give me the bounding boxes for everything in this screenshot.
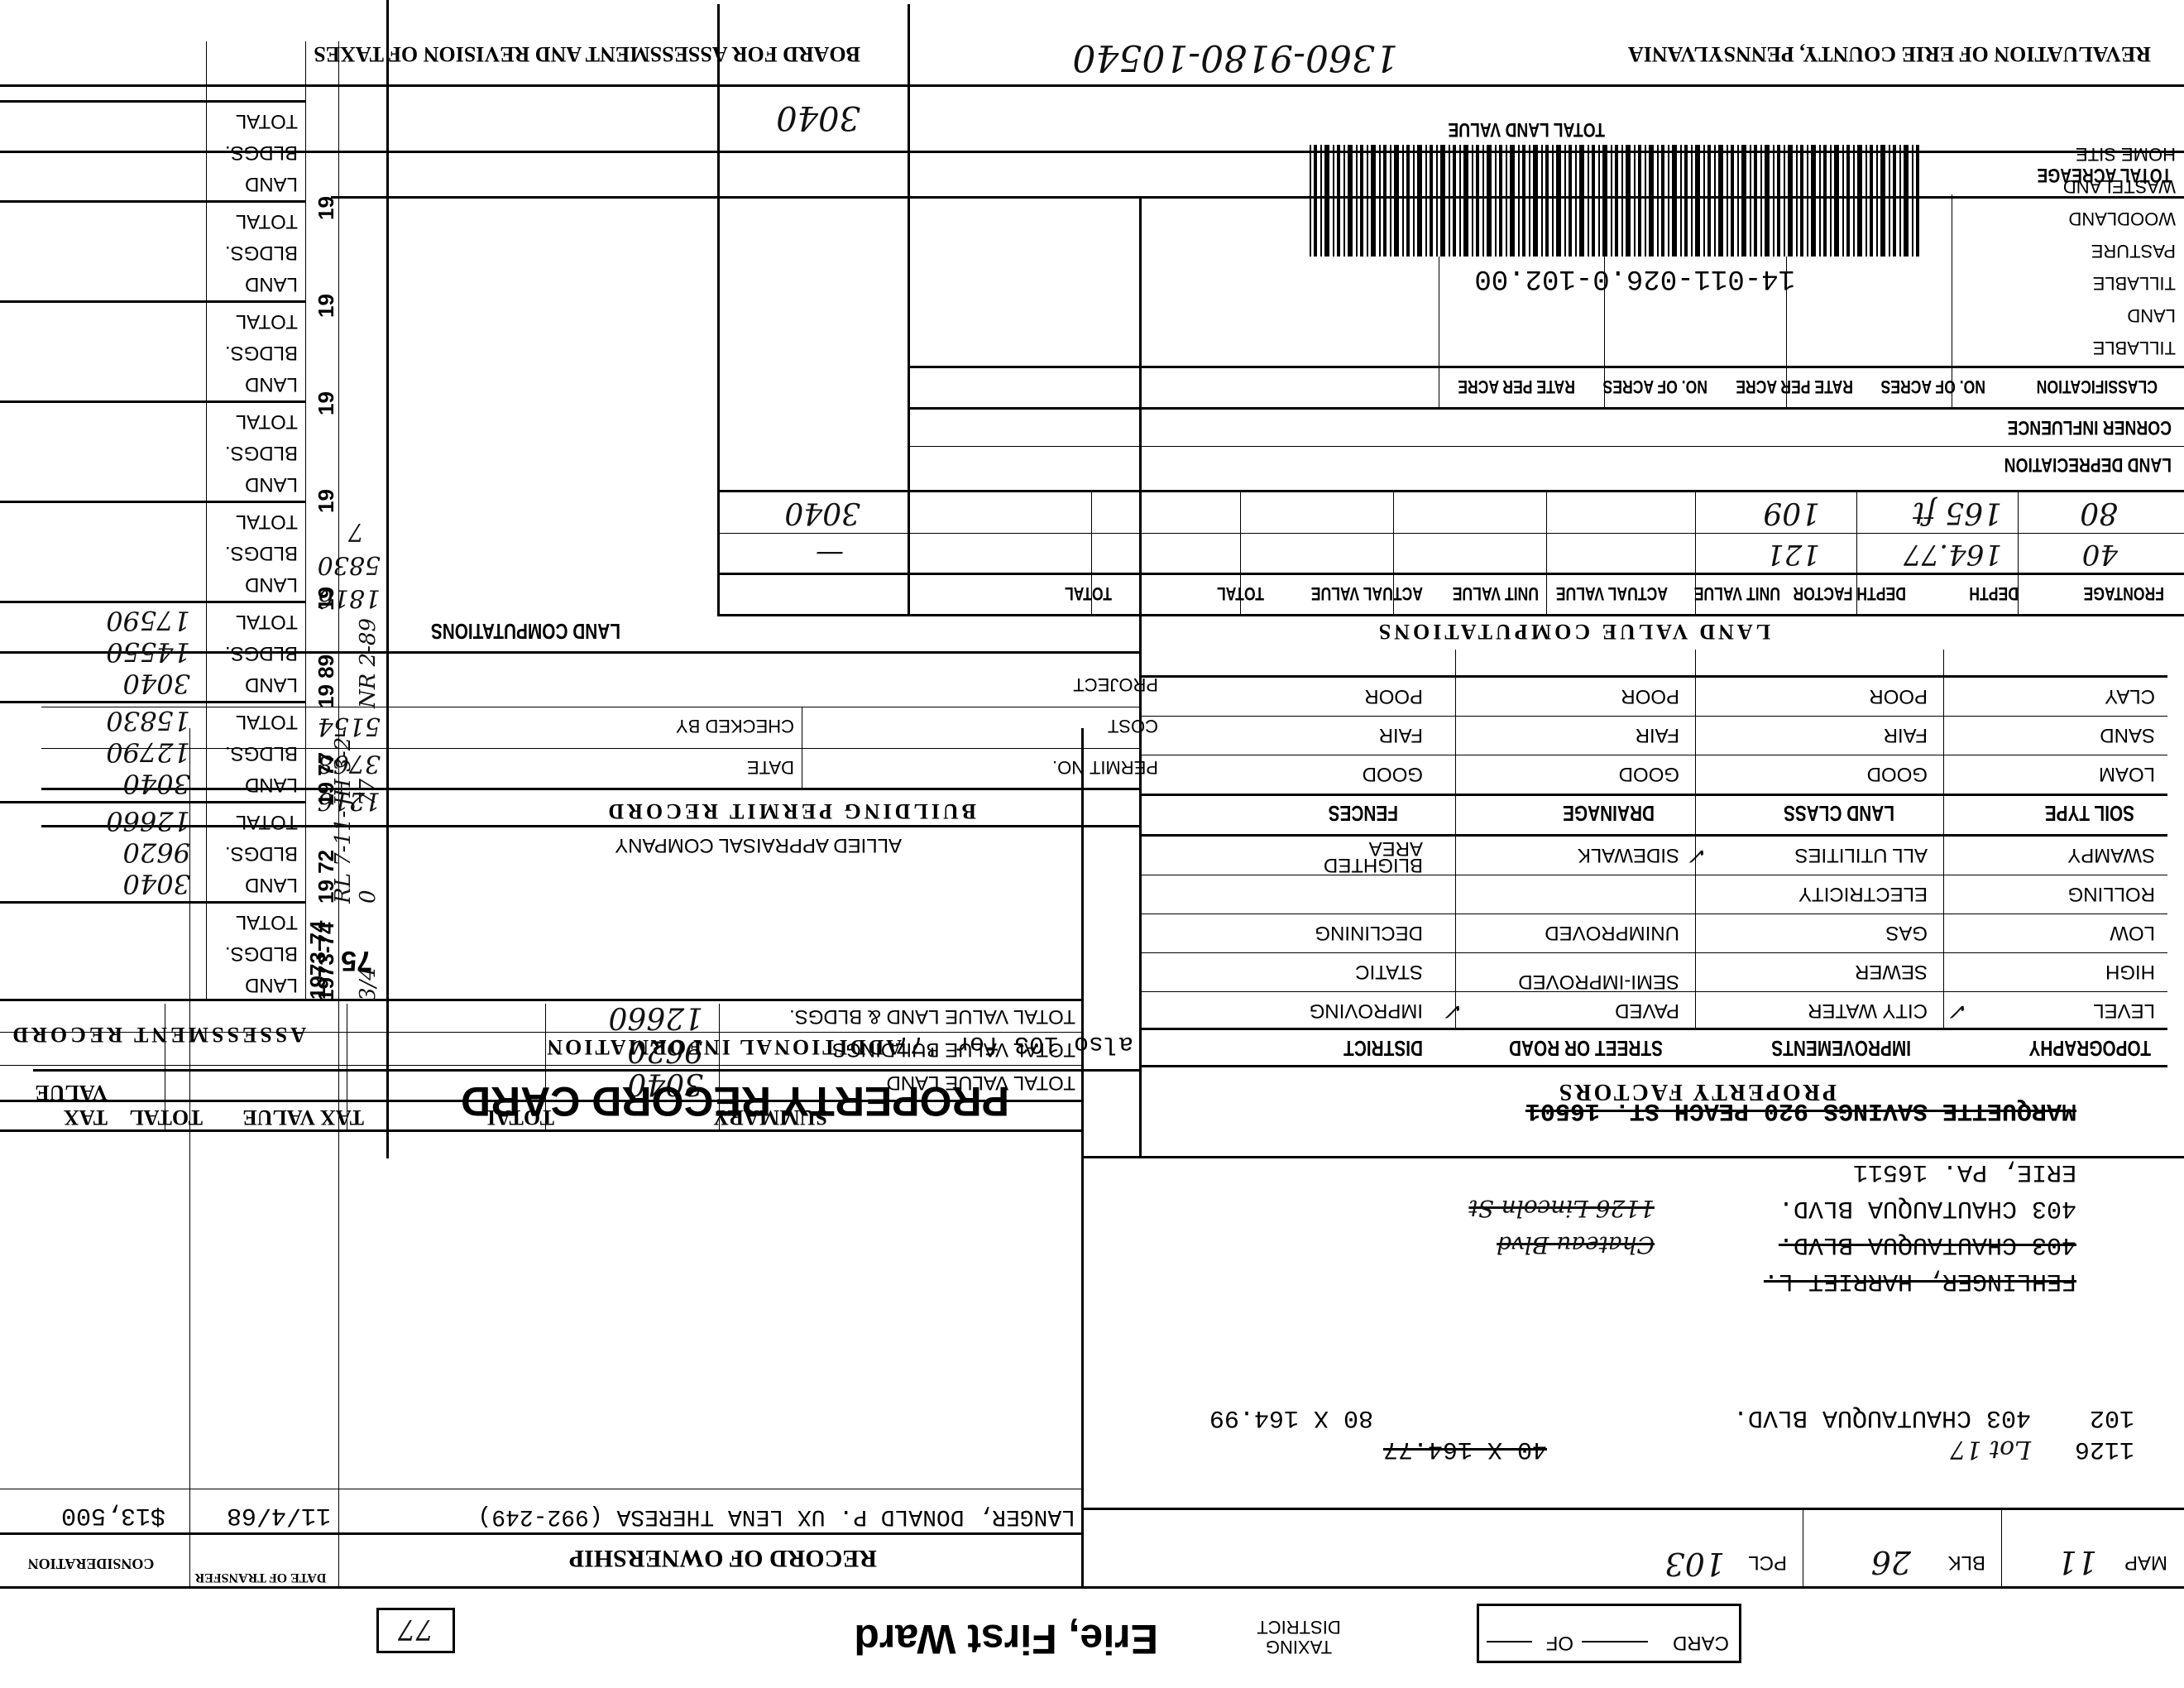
taxing-district-label: TAXING DISTRICT: [1245, 1617, 1353, 1657]
permit-no-label: PERMIT NO.: [1052, 756, 1158, 778]
blk-label: BLK: [1948, 1551, 1985, 1574]
ownership-col-date: DATE OF TRANSFER: [190, 1570, 331, 1585]
land-computations-title: LAND COMPUTATIONS: [431, 618, 620, 644]
summary-col-total-2: TOTAL: [129, 1105, 203, 1129]
land-value-row-2: 80 165 ft 109 3040: [720, 492, 2184, 530]
total-land-value-amount: 3040: [776, 98, 860, 137]
corner-influence-label: CORNER INFLUENCE: [2008, 415, 2172, 439]
current-address: 403 CHAUTAUQUA BLVD.: [1779, 1194, 2076, 1222]
summary-value-total: 12660: [608, 1000, 703, 1034]
property-record-card-page: Erie, First Ward TAXING DISTRICT CARD OF…: [0, 0, 2184, 1688]
total-land-value-label: TOTAL LAND VALUE: [1448, 117, 1605, 141]
assessment-title: ASSESSMENT RECORD: [9, 1022, 306, 1047]
pf-header-topography: TOPOGRAPHY: [2028, 1035, 2151, 1061]
pf-header-district: DISTRICT: [1343, 1035, 1423, 1061]
city-line: ERIE, PA. 16511: [1100, 1153, 2076, 1190]
additional-info-text: also 103 for '77: [895, 1029, 1133, 1057]
handwritten-code: 1360-9180-10540: [1072, 36, 1398, 79]
blk-value: 26: [1871, 1544, 1911, 1580]
page-title: Erie, First Ward: [854, 1615, 1158, 1663]
project-label: PROJECT: [1073, 674, 1158, 695]
ownership-col-consideration: CONSIDERATION: [0, 1555, 182, 1572]
map-label: MAP: [2124, 1551, 2167, 1574]
struck-owner-name: FEHLINGER, HARRIET L.: [1100, 1263, 2076, 1299]
board-label: BOARD FOR ASSESSMENT AND REVISION OF TAX…: [314, 41, 860, 66]
pcl-label: PCL: [1748, 1551, 1787, 1574]
cost-label: COST: [1108, 715, 1158, 736]
property-record-card-title: PROPERTY RECORD CARD: [461, 1077, 1009, 1125]
pf-header-street: STREET OR ROAD: [1509, 1035, 1663, 1061]
property-factors-title: PROPERTY FACTORS: [1557, 1078, 1837, 1105]
checked-by-label: CHECKED BY: [676, 715, 794, 736]
assessment-notes: 3/4 RL 7-11-0 JH 3-2-77 NR 2-89: [339, 611, 381, 1001]
pf-rows: LEVEL ✓ CITY WATER PAVED ✓ IMPROVING HIG…: [1142, 675, 2167, 1030]
allied-appraisal: ALLIED APPRAISAL COMPANY: [615, 833, 902, 856]
year-stamp-75: 75: [341, 944, 372, 976]
land-value-row-1: 40 164.77 121 —: [720, 534, 2184, 571]
summary-col-tax: TAX VALUE: [242, 1105, 364, 1129]
barcode: [1307, 145, 1919, 257]
total-acreage-label: TOTAL ACREAGE: [2038, 163, 2172, 186]
date-label: DATE: [747, 756, 794, 778]
additional-info-title: ADDITIONAL INFORMATION: [544, 1034, 902, 1059]
owner-address-lines: FEHLINGER, HARRIET L. 403 CHAUTAUQUA BLV…: [1100, 1092, 2076, 1299]
owner-name: LANGER, DONALD P. UX LENA THERESA (992-2…: [477, 1503, 1075, 1529]
card-of-box: CARD OF: [1477, 1604, 1741, 1663]
ownership-title: RECORD OF OWNERSHIP: [569, 1544, 877, 1572]
land-comp-hand-3: 7: [348, 517, 364, 546]
summary-col-tax-2: TAX VALUE: [0, 1080, 108, 1129]
land-depreciation-label: LAND DEPRECIATION: [2004, 453, 2172, 476]
pcl-value: 103: [1664, 1546, 1725, 1582]
legal-description: 1126 Lot 17 40 X 164.77 102 403 CHAUTAUQ…: [1100, 1402, 2134, 1465]
building-permit-title: BUILDING PERMIT RECORD: [605, 798, 976, 823]
struck-address: 403 CHAUTAUQUA BLVD.: [1779, 1230, 2076, 1259]
land-value-title: LAND VALUE COMPUTATIONS: [1376, 619, 1770, 644]
parcel-id: 14-011-026.0-102.00: [1474, 262, 1795, 294]
card-number-box: 77: [376, 1608, 455, 1653]
consideration-value: $13,500: [61, 1501, 165, 1529]
summary-row-total: TOTAL VALUE LAND & BLDGS.: [720, 1005, 1075, 1028]
classification-headers: CLASSIFICATION NO. OF ACRES RATE PER ACR…: [1165, 368, 2184, 405]
land-value-headers: FRONTAGE DEPTH DEPTH FACTOR UNIT VALUE A…: [1013, 576, 2184, 612]
revaluation-label: REVALUATION OF ERIE COUNTY, PENNSYLVANIA: [1628, 41, 2151, 66]
map-value: 11: [2057, 1544, 2097, 1580]
pf-header-improvements: IMPROVEMENTS: [1771, 1035, 1911, 1061]
assessment-table: LAND BLDGS. TOTAL 1973-74 LAND BLDGS. TO…: [0, 100, 306, 1001]
transfer-date: 11/4/68: [227, 1501, 331, 1529]
